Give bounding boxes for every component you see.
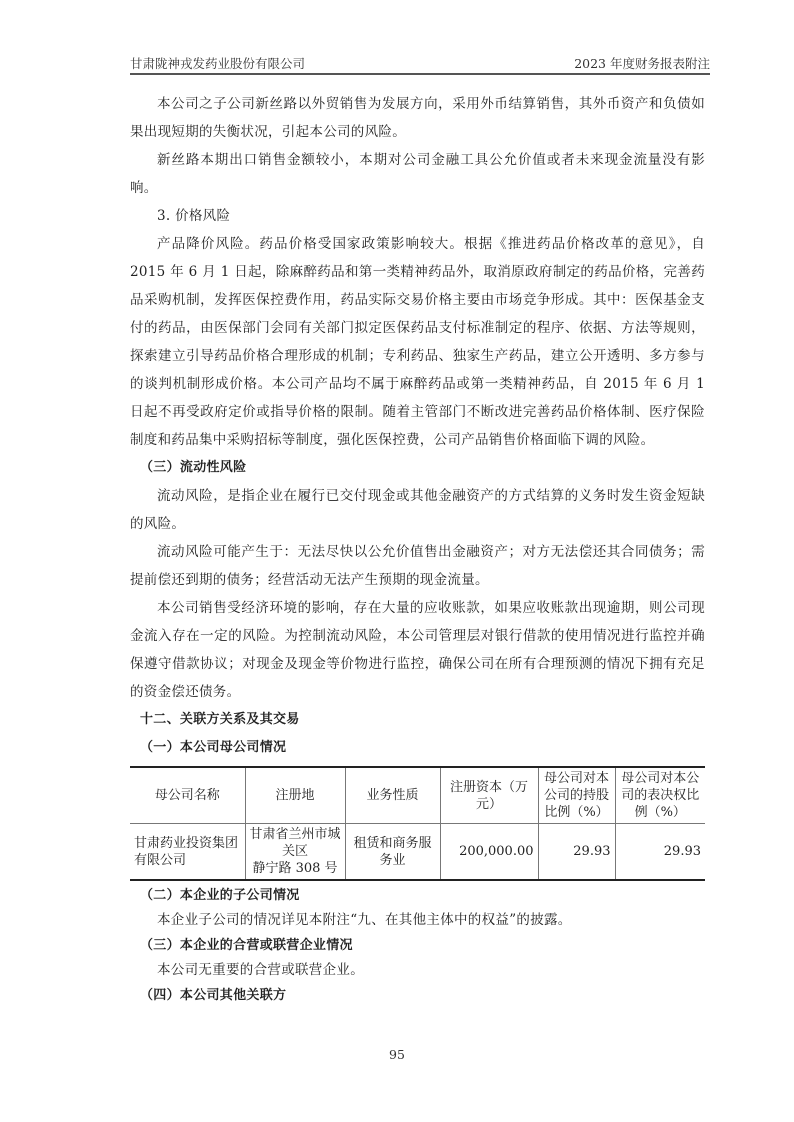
cell-location-line2: 静宁路 308 号: [250, 860, 341, 877]
col-header-voting: 母公司对本公司的表决权比例（%）: [615, 767, 705, 824]
paragraph-subsidiaries: 本企业子公司的情况详见本附注“九、在其他主体中的权益”的披露。: [130, 908, 705, 933]
paragraph-liquidity-definition: 流动风险，是指企业在履行已交付现金或其他金融资产的方式结算的义务时发生资金短缺的…: [130, 482, 705, 538]
cell-voting: 29.93: [615, 824, 705, 881]
cell-name: 甘肃药业投资集团有限公司: [130, 824, 245, 881]
cell-business: 租赁和商务服务业: [345, 824, 440, 881]
cell-shareholding: 29.93: [538, 824, 615, 881]
col-header-location: 注册地: [245, 767, 345, 824]
heading-other-related-parties: （四）本公司其他关联方: [130, 983, 705, 1008]
cell-location-line1: 甘肃省兰州市城关区: [250, 826, 341, 860]
col-header-business: 业务性质: [345, 767, 440, 824]
heading-related-parties: 十二、关联方关系及其交易: [130, 706, 705, 734]
page-header: 甘肃陇神戎发药业股份有限公司 2023 年度财务报表附注: [130, 50, 710, 72]
col-header-capital: 注册资本（万元）: [440, 767, 538, 824]
header-divider: [130, 73, 710, 75]
paragraph-fx-impact: 新丝路本期出口销售金额较小，本期对公司金融工具公允价值或者未来现金流量没有影响。: [130, 146, 705, 202]
heading-liquidity-risk: （三）流动性风险: [130, 454, 705, 482]
heading-joint-ventures: （三）本企业的合营或联营企业情况: [130, 933, 705, 958]
page-body: 本公司之子公司新丝路以外贸销售为发展方向，采用外币结算销售，其外币资产和负债如果…: [130, 90, 705, 1008]
paragraph-fx-risk: 本公司之子公司新丝路以外贸销售为发展方向，采用外币结算销售，其外币资产和负债如果…: [130, 90, 705, 146]
col-header-shareholding: 母公司对本公司的持股比例（%）: [538, 767, 615, 824]
heading-subsidiaries: （二）本企业的子公司情况: [130, 883, 705, 908]
table-header-row: 母公司名称 注册地 业务性质 注册资本（万元） 母公司对本公司的持股比例（%） …: [130, 767, 705, 824]
paragraph-joint-ventures: 本公司无重要的合营或联营企业。: [130, 958, 705, 983]
paragraph-liquidity-sources: 流动风险可能产生于：无法尽快以公允价值售出金融资产；对方无法偿还其合同债务；需提…: [130, 538, 705, 594]
page-number: 95: [0, 1047, 794, 1062]
paragraph-liquidity-control: 本公司销售受经济环境的影响，存在大量的应收账款，如果应收账款出现逾期，则公司现金…: [130, 594, 705, 706]
cell-location: 甘肃省兰州市城关区 静宁路 308 号: [245, 824, 345, 881]
header-company: 甘肃陇神戎发药业股份有限公司: [130, 54, 305, 72]
paragraph-price-risk: 产品降价风险。药品价格受国家政策影响较大。根据《推进药品价格改革的意见》，自 2…: [130, 230, 705, 454]
heading-price-risk: 3. 价格风险: [130, 202, 705, 230]
col-header-name: 母公司名称: [130, 767, 245, 824]
header-doc-title: 2023 年度财务报表附注: [574, 54, 710, 72]
heading-parent-company: （一）本公司母公司情况: [130, 734, 705, 762]
cell-capital: 200,000.00: [440, 824, 538, 881]
parent-company-table: 母公司名称 注册地 业务性质 注册资本（万元） 母公司对本公司的持股比例（%） …: [130, 766, 705, 881]
table-row: 甘肃药业投资集团有限公司 甘肃省兰州市城关区 静宁路 308 号 租赁和商务服务…: [130, 824, 705, 881]
